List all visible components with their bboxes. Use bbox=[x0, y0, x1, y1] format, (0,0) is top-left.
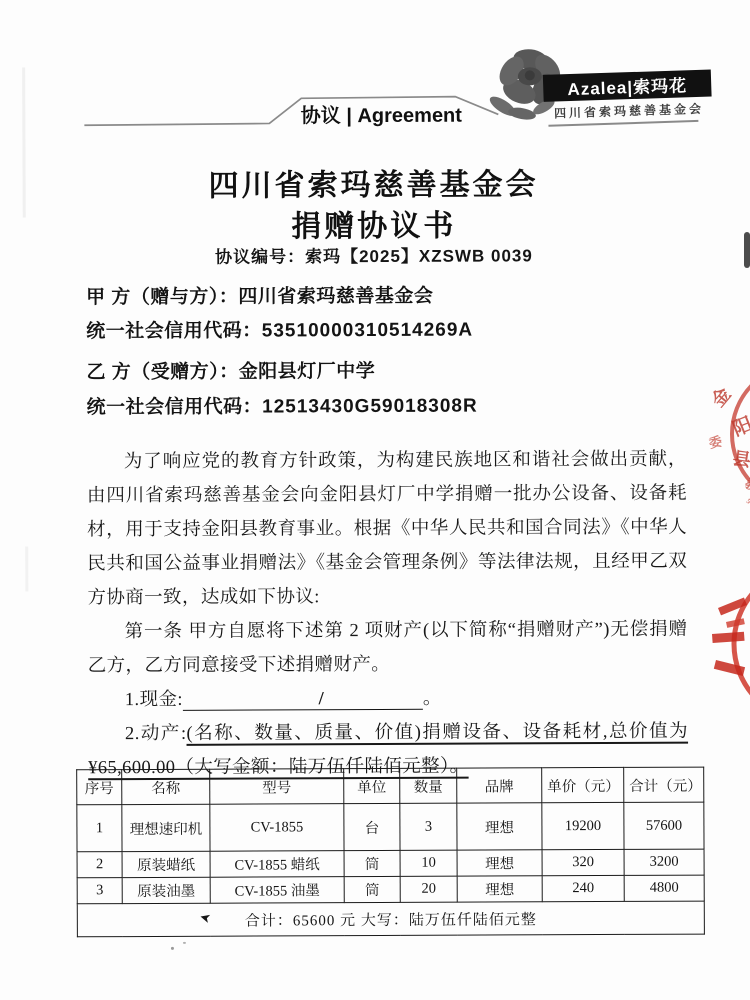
brand-badge: Azalea|索玛花 bbox=[543, 70, 712, 102]
cell-index: 1 bbox=[77, 805, 122, 852]
cell-qty: 20 bbox=[400, 876, 457, 902]
cell-brand: 理想 bbox=[457, 876, 542, 902]
scan-edge-smudge bbox=[744, 232, 750, 268]
party-a-code-label: 统一社会信用代码： bbox=[86, 320, 262, 342]
movable-label: 2.动产: bbox=[125, 724, 187, 744]
party-a-line: 甲 方（赠与方）：四川省索玛慈善基金会 bbox=[86, 281, 433, 310]
cash-line: 1.现金:/。 bbox=[88, 681, 688, 718]
svg-text:5 1 3 4 3: 5 1 3 4 3 bbox=[745, 497, 750, 516]
red-official-seal-partial-upper-icon: 金 阳 县 委 教 5 1 3 4 3 bbox=[686, 356, 750, 516]
paper-sheet: Azalea|索玛花 四川省索玛慈善基金会 协议 | Agreement 四川省… bbox=[0, 0, 750, 1000]
cash-fill-slot: / bbox=[183, 689, 423, 711]
col-header-unit-price: 单价（元） bbox=[542, 767, 624, 802]
cell-total: 57600 bbox=[624, 802, 704, 849]
col-header-unit: 单位 bbox=[344, 768, 400, 803]
document-title-line2: 捐赠协议书 bbox=[0, 199, 749, 246]
party-b-label: 乙 方（受赠方）： bbox=[86, 362, 238, 384]
col-header-index: 序号 bbox=[77, 770, 122, 805]
cell-brand: 理想 bbox=[457, 803, 542, 850]
cell-unit-price: 240 bbox=[542, 875, 624, 901]
party-b-credit-code-line: 统一社会信用代码：12513430G59018308R bbox=[87, 391, 478, 420]
cell-total: 3200 bbox=[624, 849, 704, 875]
party-a-name: 四川省索玛慈善基金会 bbox=[238, 286, 433, 308]
cell-qty: 3 bbox=[400, 803, 457, 850]
cell-unit: 筒 bbox=[344, 850, 400, 876]
party-a-credit-code-line: 统一社会信用代码：53510000310514269A bbox=[86, 315, 473, 344]
party-b-code: 12513430G59018308R bbox=[262, 396, 478, 418]
scanned-agreement-page: Azalea|索玛花 四川省索玛慈善基金会 协议 | Agreement 四川省… bbox=[0, 0, 750, 1000]
cell-unit: 台 bbox=[344, 803, 400, 850]
svg-text:县: 县 bbox=[731, 448, 750, 470]
cash-label: 1.现金: bbox=[125, 690, 183, 710]
svg-text:委: 委 bbox=[708, 434, 724, 451]
col-header-total: 合计（元） bbox=[624, 767, 704, 802]
agreement-body: 为了响应党的教育方针政策，为构建民族地区和谐社会做出贡献，由四川省索玛慈善基金会… bbox=[87, 443, 688, 786]
table-row: 3 原装油墨 CV-1855 油墨 筒 20 理想 240 4800 bbox=[77, 875, 704, 904]
cell-model: CV-1855 蜡纸 bbox=[210, 851, 344, 878]
party-b-name: 金阳县灯厂中学 bbox=[239, 361, 376, 383]
cell-unit-price: 320 bbox=[542, 849, 624, 875]
cell-index: 2 bbox=[77, 852, 122, 878]
donated-goods-table: 序号 名称 型号 单位 数量 品牌 单价（元） 合计（元） 1 理想速印机 CV… bbox=[76, 767, 705, 938]
scan-speck bbox=[171, 947, 174, 950]
cell-name: 原装油墨 bbox=[122, 877, 210, 903]
cell-model: CV-1855 bbox=[210, 804, 344, 852]
col-header-qty: 数量 bbox=[400, 768, 457, 803]
cell-qty: 10 bbox=[400, 850, 457, 876]
cash-period: 。 bbox=[423, 689, 442, 709]
document-title-line1: 四川省索玛慈善基金会 bbox=[0, 158, 749, 205]
cell-name: 理想速印机 bbox=[122, 804, 210, 851]
scan-speck bbox=[183, 942, 186, 944]
party-b-line: 乙 方（受赠方）：金阳县灯厂中学 bbox=[86, 356, 375, 384]
table-header-row: 序号 名称 型号 单位 数量 品牌 单价（元） 合计（元） bbox=[77, 767, 704, 805]
cell-unit: 筒 bbox=[344, 876, 400, 902]
red-official-seal-partial-lower-icon bbox=[692, 572, 750, 722]
cell-index: 3 bbox=[77, 878, 122, 904]
cell-total: 4800 bbox=[624, 875, 704, 901]
agreement-number: 协议编号：索玛【2025】XZSWB 0039 bbox=[0, 240, 749, 268]
cell-name: 原装蜡纸 bbox=[122, 851, 210, 877]
table-total-row: 合计：65600 元 大写：陆万伍仟陆佰元整 bbox=[77, 901, 704, 937]
party-b-code-label: 统一社会信用代码： bbox=[87, 396, 263, 418]
party-a-code: 53510000310514269A bbox=[262, 320, 473, 342]
table-row: 1 理想速印机 CV-1855 台 3 理想 19200 57600 bbox=[77, 802, 704, 852]
cell-unit-price: 19200 bbox=[542, 802, 624, 849]
cell-brand: 理想 bbox=[457, 850, 542, 876]
foundation-logo: Azalea|索玛花 四川省索玛慈善基金会 bbox=[484, 39, 722, 132]
table-total-text: 合计：65600 元 大写：陆万伍仟陆佰元整 bbox=[77, 901, 704, 937]
table-row: 2 原装蜡纸 CV-1855 蜡纸 筒 10 理想 320 3200 bbox=[77, 849, 704, 878]
banner-label: 协议 | Agreement bbox=[266, 98, 496, 128]
col-header-name: 名称 bbox=[122, 769, 210, 804]
col-header-brand: 品牌 bbox=[457, 768, 542, 803]
cell-model: CV-1855 油墨 bbox=[210, 877, 344, 904]
article1-paragraph: 第一条 甲方自愿将下述第 2 项财产(以下简称“捐赠财产”)无偿捐赠乙方，乙方同… bbox=[88, 613, 688, 684]
col-header-model: 型号 bbox=[210, 769, 344, 805]
svg-text:金: 金 bbox=[707, 383, 735, 410]
preamble-paragraph: 为了响应党的教育方针政策，为构建民族地区和谐社会做出贡献，由四川省索玛慈善基金会… bbox=[87, 443, 688, 616]
scan-artifact-line bbox=[25, 547, 28, 592]
party-a-label: 甲 方（赠与方）： bbox=[86, 287, 238, 309]
